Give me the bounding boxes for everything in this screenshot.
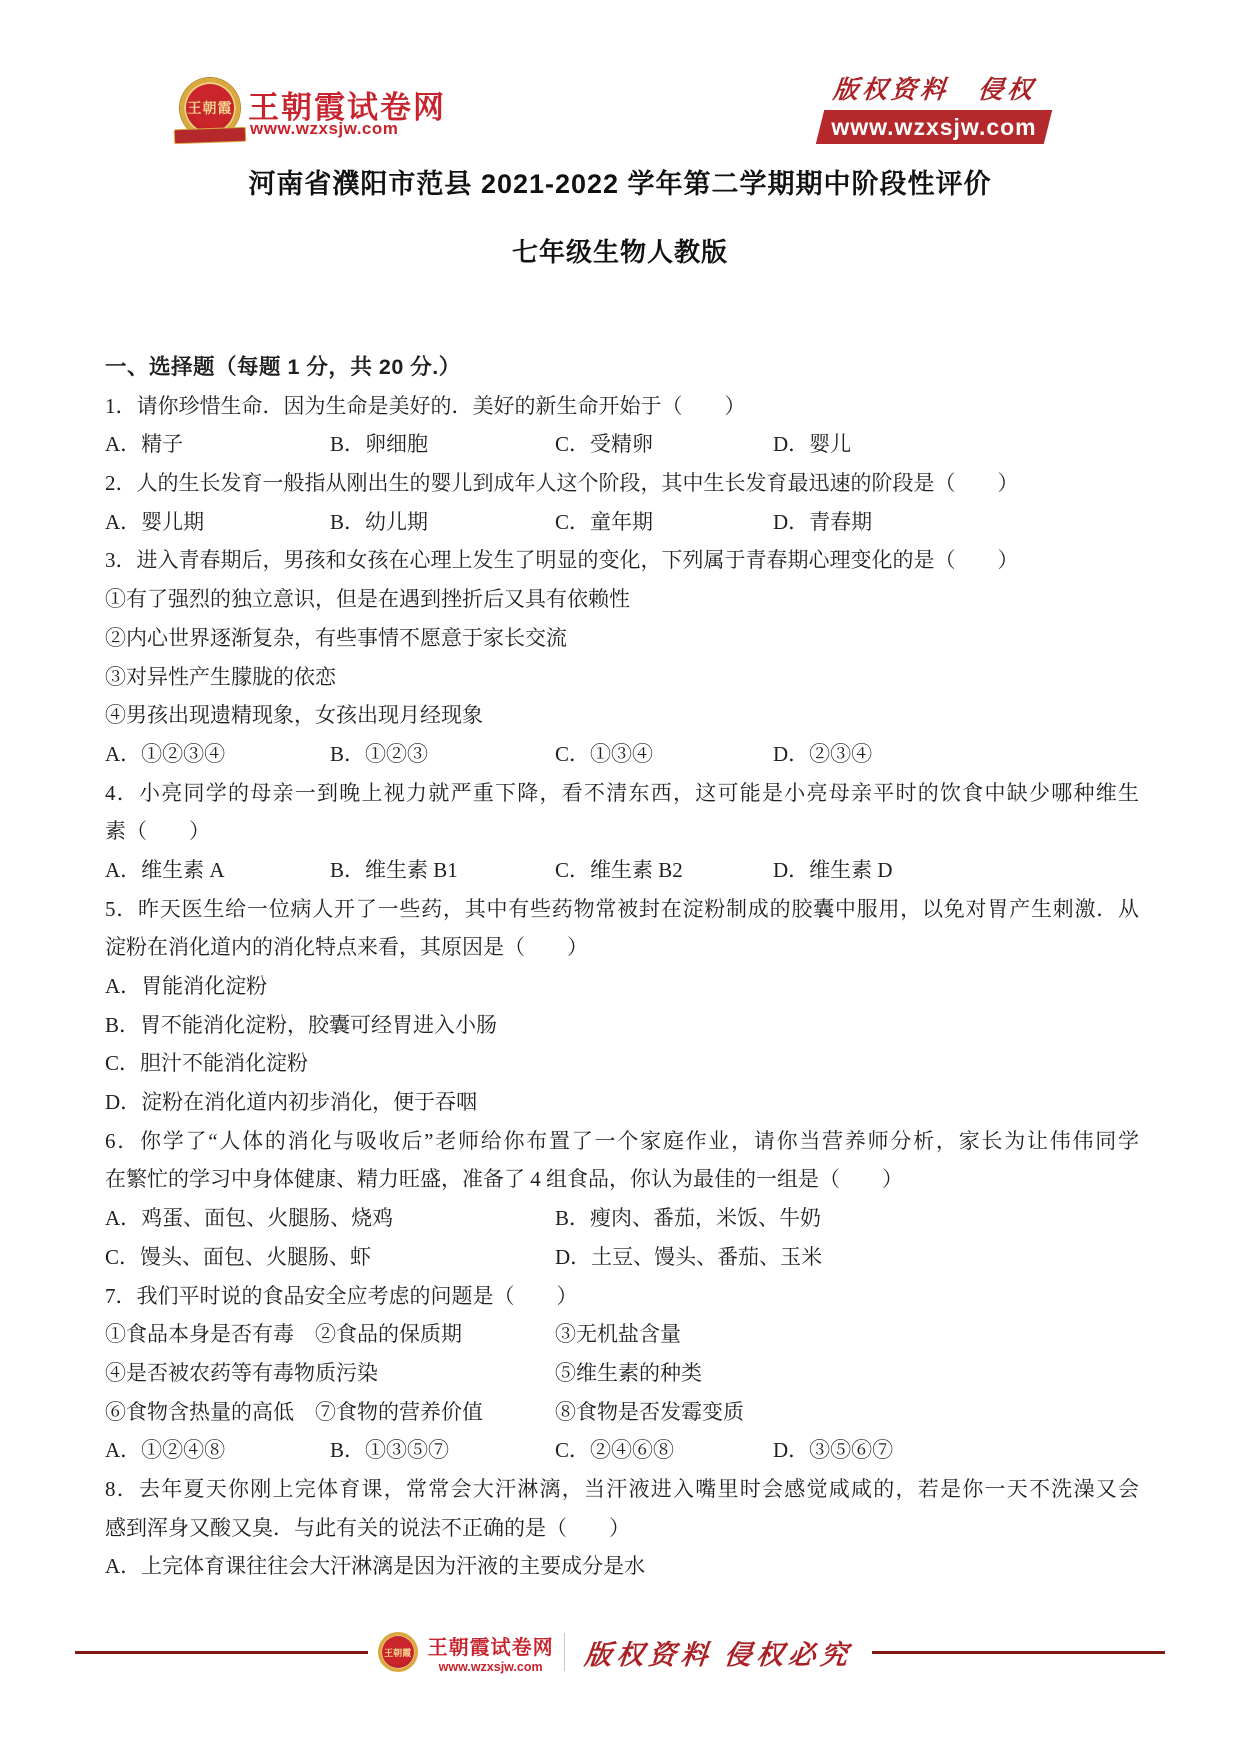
footer-rule-right <box>872 1651 1165 1654</box>
text-line: C．胆汁不能消化淀粉 <box>105 1044 1139 1083</box>
text-line: ②内心世界逐渐复杂，有些事情不愿意于家长交流 <box>105 619 1139 658</box>
option-cell: A．①②④⑧ <box>105 1431 225 1470</box>
options-row: ①食品本身是否有毒 ②食品的保质期③无机盐含量 <box>105 1315 1139 1354</box>
footer-site-block: 王朝霞试卷网 www.wzxsjw.com <box>428 1631 554 1674</box>
options-row: A．婴儿期B．幼儿期C．童年期D．青春期 <box>105 503 1139 542</box>
option-cell: A．精子 <box>105 425 183 464</box>
text-line: B．胃不能消化淀粉，胶囊可经胃进入小肠 <box>105 1006 1139 1045</box>
paper-subtitle: 七年级生物人教版 <box>0 232 1240 269</box>
exam-page: 王朝霞 王朝霞试卷网 www.wzxsjw.com 版权资料 侵权必究 www.… <box>0 0 1240 1753</box>
option-cell: D．土豆、馒头、番茄、玉米 <box>555 1238 822 1277</box>
text-line: ④男孩出现遗精现象，女孩出现月经现象 <box>105 696 1139 735</box>
option-cell: D．③⑤⑥⑦ <box>773 1431 893 1470</box>
text-line: 7．我们平时说的食品安全应考虑的问题是（ ） <box>105 1277 1139 1316</box>
text-line: D．淀粉在消化道内初步消化，便于吞咽 <box>105 1083 1139 1122</box>
option-cell: D．维生素 D <box>773 851 893 890</box>
options-row: ⑥食物含热量的高低 ⑦食物的营养价值⑧食物是否发霉变质 <box>105 1393 1139 1432</box>
option-cell: B．①②③ <box>330 735 428 774</box>
footer-site-name: 王朝霞试卷网 <box>428 1631 554 1660</box>
option-cell: ⑤维生素的种类 <box>555 1354 702 1393</box>
option-cell: C．①③④ <box>555 735 653 774</box>
option-cell: B．①③⑤⑦ <box>330 1431 449 1470</box>
text-line: 5．昨天医生给一位病人开了一些药，其中有些药物常被封在淀粉制成的胶囊中服用，以免… <box>105 890 1139 929</box>
text-line: 6．你学了“人体的消化与吸收后”老师给你布置了一个家庭作业，请你当营养师分析，家… <box>105 1122 1139 1161</box>
option-cell: D．②③④ <box>773 735 872 774</box>
option-cell: B．瘦肉、番茄，米饭、牛奶 <box>555 1199 821 1238</box>
option-cell: C．馒头、面包、火腿肠、虾 <box>105 1238 371 1277</box>
option-cell: C．童年期 <box>555 503 653 542</box>
option-cell: C．受精卵 <box>555 425 653 464</box>
footer-divider <box>564 1633 565 1671</box>
text-line: 8．去年夏天你刚上完体育课，常常会大汗淋漓，当汗液进入嘴里时会感觉咸咸的，若是你… <box>105 1470 1139 1509</box>
options-row: A．维生素 AB．维生素 B1C．维生素 B2D．维生素 D <box>105 851 1139 890</box>
url-banner: www.wzxsjw.com <box>816 110 1052 144</box>
option-cell: ⑧食物是否发霉变质 <box>555 1393 744 1432</box>
text-line: 淀粉在消化道内的消化特点来看，其原因是（ ） <box>105 928 1139 967</box>
option-cell: B．维生素 B1 <box>330 851 458 890</box>
footer-seal-text: 王朝霞 <box>381 1635 415 1669</box>
option-cell: A．维生素 A <box>105 851 225 890</box>
paper-title: 河南省濮阳市范县 2021-2022 学年第二学期期中阶段性评价 <box>0 162 1240 201</box>
text-line: 素（ ） <box>105 812 1139 851</box>
text-line: 在繁忙的学习中身体健康、精力旺盛，准备了 4 组食品，你认为最佳的一组是（ ） <box>105 1160 1139 1199</box>
option-cell: C．②④⑥⑧ <box>555 1431 674 1470</box>
footer-seal-icon: 王朝霞 <box>378 1632 418 1672</box>
options-row: ④是否被农药等有毒物质污染⑤维生素的种类 <box>105 1354 1139 1393</box>
options-row: A．①②③④B．①②③C．①③④D．②③④ <box>105 735 1139 774</box>
question-area: 一、选择题（每题 1 分，共 20 分.）1．请你珍惜生命．因为生命是美好的．美… <box>105 348 1139 1586</box>
option-cell: B．卵细胞 <box>330 425 428 464</box>
text-line: ③对异性产生朦胧的依恋 <box>105 658 1139 697</box>
text-line: 3．进入青春期后，男孩和女孩在心理上发生了明显的变化，下列属于青春期心理变化的是… <box>105 541 1139 580</box>
text-line: 2．人的生长发育一般指从刚出生的婴儿到成年人这个阶段，其中生长发育最迅速的阶段是… <box>105 464 1139 503</box>
option-cell: ③无机盐含量 <box>555 1315 681 1354</box>
option-cell: B．幼儿期 <box>330 503 428 542</box>
section-heading: 一、选择题（每题 1 分，共 20 分.） <box>105 348 1139 387</box>
text-line: 4．小亮同学的母亲一到晚上视力就严重下降，看不清东西，这可能是小亮母亲平时的饮食… <box>105 774 1139 813</box>
seal-ribbon-icon <box>174 127 246 145</box>
url-banner-text: www.wzxsjw.com <box>820 110 1048 144</box>
option-cell: D．青春期 <box>773 503 872 542</box>
options-row: A．鸡蛋、面包、火腿肠、烧鸡B．瘦肉、番茄，米饭、牛奶 <box>105 1199 1139 1238</box>
page-footer: 王朝霞 王朝霞试卷网 www.wzxsjw.com 版权资料 侵权必究 <box>75 1626 1165 1678</box>
options-row: A．精子B．卵细胞C．受精卵D．婴儿 <box>105 425 1139 464</box>
site-url: www.wzxsjw.com <box>250 119 398 139</box>
options-row: A．①②④⑧B．①③⑤⑦C．②④⑥⑧D．③⑤⑥⑦ <box>105 1431 1139 1470</box>
option-cell: ④是否被农药等有毒物质污染 <box>105 1354 378 1393</box>
seal-text: 王朝霞 <box>184 82 236 134</box>
text-line: A．胃能消化淀粉 <box>105 967 1139 1006</box>
footer-site-url: www.wzxsjw.com <box>428 1660 554 1674</box>
options-row: C．馒头、面包、火腿肠、虾D．土豆、馒头、番茄、玉米 <box>105 1238 1139 1277</box>
option-cell: ⑥食物含热量的高低 ⑦食物的营养价值 <box>105 1393 483 1432</box>
option-cell: A．鸡蛋、面包、火腿肠、烧鸡 <box>105 1199 393 1238</box>
option-cell: C．维生素 B2 <box>555 851 683 890</box>
footer-rule-left <box>75 1651 368 1654</box>
option-cell: A．①②③④ <box>105 735 225 774</box>
text-line: A．上完体育课往往会大汗淋漓是因为汗液的主要成分是水 <box>105 1547 1139 1586</box>
text-line: 1．请你珍惜生命．因为生命是美好的．美好的新生命开始于（ ） <box>105 387 1139 426</box>
text-line: ①有了强烈的独立意识，但是在遇到挫折后又具有依赖性 <box>105 580 1139 619</box>
option-cell: A．婴儿期 <box>105 503 204 542</box>
option-cell: D．婴儿 <box>773 425 851 464</box>
footer-slogan: 版权资料 侵权必究 <box>573 1633 865 1672</box>
text-line: 感到浑身又酸又臭．与此有关的说法不正确的是（ ） <box>105 1509 1139 1548</box>
option-cell: ①食品本身是否有毒 ②食品的保质期 <box>105 1315 462 1354</box>
